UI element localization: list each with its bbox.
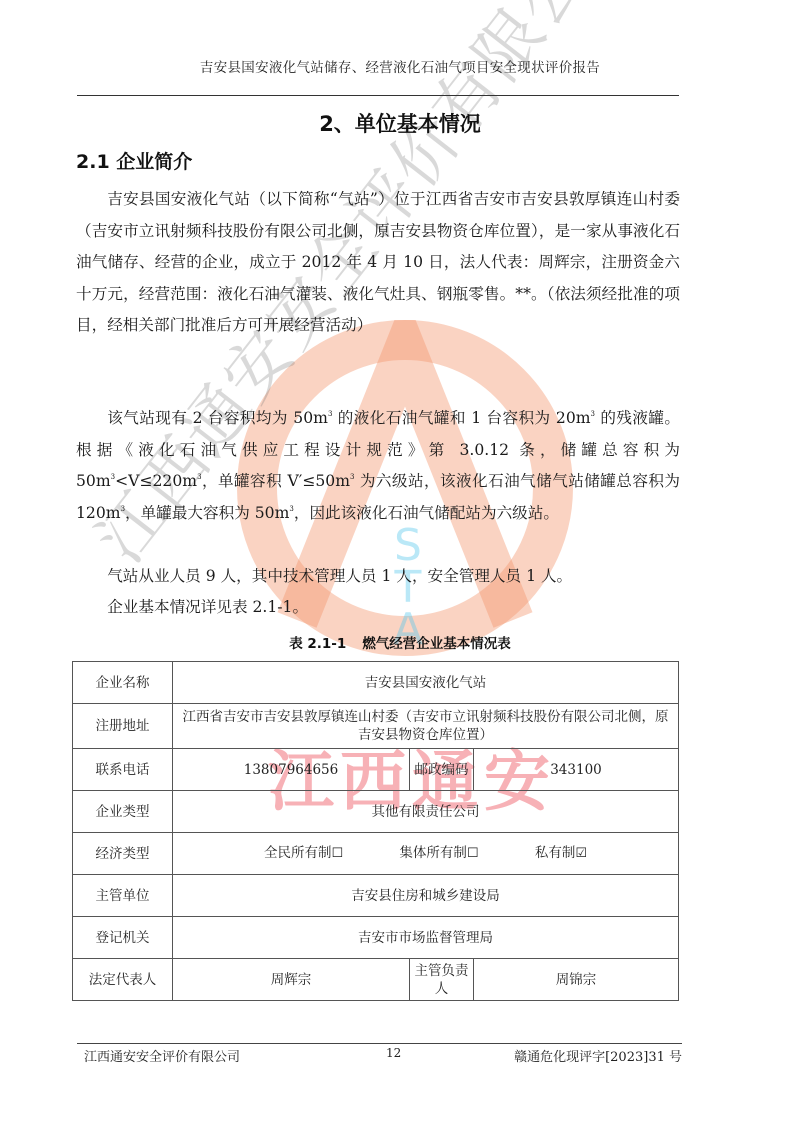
economy-option-collective[interactable]: 集体所有制☐ — [399, 844, 478, 863]
intro-paragraph: 吉安县国安液化气站（以下简称“气站”）位于江西省吉安市吉安县敦厚镇连山村委（吉安… — [76, 184, 680, 342]
postcode-label: 邮政编码 — [410, 749, 474, 791]
type-label: 企业类型 — [73, 791, 173, 833]
registry-label: 登记机关 — [73, 917, 173, 959]
table-row-authority: 主管单位 吉安县住房和城乡建设局 — [73, 875, 679, 917]
table-row-type: 企业类型 其他有限责任公司 — [73, 791, 679, 833]
name-label: 企业名称 — [73, 662, 173, 704]
table-caption-title: 燃气经营企业基本情况表 — [362, 636, 511, 652]
table-row-phone: 联系电话 13807964656 邮政编码 343100 — [73, 749, 679, 791]
authority-label: 主管单位 — [73, 875, 173, 917]
registry-value: 吉安市市场监督管理局 — [173, 917, 679, 959]
phone-label: 联系电话 — [73, 749, 173, 791]
unchecked-box-icon[interactable]: ☐ — [331, 845, 343, 863]
table-caption: 表 2.1-1燃气经营企业基本情况表 — [0, 632, 800, 652]
table-row-representatives: 法定代表人 周辉宗 主管负责人 周锦宗 — [73, 959, 679, 1001]
table-row-name: 企业名称 吉安县国安液化气站 — [73, 662, 679, 704]
unchecked-box-icon[interactable]: ☐ — [467, 845, 479, 863]
document-number: 赣通危化现评字[2023]31 号 — [514, 1046, 682, 1065]
postcode-value: 343100 — [474, 749, 679, 791]
tanks-paragraph: 该气站现有 2 台容积均为 50m3 的液化石油气罐和 1 台容积为 20m3 … — [76, 403, 680, 529]
authority-value: 吉安县住房和城乡建设局 — [173, 875, 679, 917]
address-value: 江西省吉安市吉安县敦厚镇连山村委（吉安市立讯射频科技股份有限公司北侧，原吉安县物… — [173, 704, 679, 749]
economy-options: 全民所有制☐ 集体所有制☐ 私有制☑ — [173, 833, 679, 875]
name-value: 吉安县国安液化气站 — [173, 662, 679, 704]
legal-rep-value: 周辉宗 — [173, 959, 410, 1001]
document-page: STA 江西通安安全评价有限公司 江西通安 吉安县国安液化气站储存、经营液化石油… — [0, 0, 800, 1131]
checked-box-icon[interactable]: ☑ — [575, 845, 587, 863]
address-label: 注册地址 — [73, 704, 173, 749]
footer-divider — [77, 1043, 682, 1044]
intro-text: 吉安县国安液化气站（以下简称“气站”）位于江西省吉安市吉安县敦厚镇连山村委（吉安… — [76, 184, 680, 342]
manager-value: 周锦宗 — [474, 959, 679, 1001]
legal-rep-label: 法定代表人 — [73, 959, 173, 1001]
economy-label: 经济类型 — [73, 833, 173, 875]
economy-option-state-owned[interactable]: 全民所有制☐ — [264, 844, 343, 863]
tanks-text: 该气站现有 2 台容积均为 50m3 的液化石油气罐和 1 台容积为 20m3 … — [76, 403, 680, 529]
chapter-title: 2、单位基本情况 — [0, 108, 800, 138]
staff-paragraph: 气站从业人员 9 人，其中技术管理人员 1 人，安全管理人员 1 人。 — [76, 561, 680, 593]
header-divider — [77, 95, 679, 96]
phone-value: 13807964656 — [173, 749, 410, 791]
footer-company: 江西通安安全评价有限公司 — [84, 1046, 240, 1065]
economy-option-private[interactable]: 私有制☑ — [535, 844, 587, 863]
page-number: 12 — [386, 1046, 401, 1060]
table-caption-number: 表 2.1-1 — [289, 636, 346, 652]
enterprise-info-table: 企业名称 吉安县国安液化气站 注册地址 江西省吉安市吉安县敦厚镇连山村委（吉安市… — [72, 661, 679, 1001]
section-title: 2.1 企业简介 — [76, 147, 192, 174]
table-row-economy: 经济类型 全民所有制☐ 集体所有制☐ 私有制☑ — [73, 833, 679, 875]
manager-label: 主管负责人 — [410, 959, 474, 1001]
table-reference-text: 企业基本情况详见表 2.1-1。 — [76, 592, 680, 624]
type-value: 其他有限责任公司 — [173, 791, 679, 833]
running-header: 吉安县国安液化气站储存、经营液化石油气项目安全现状评价报告 — [0, 56, 800, 76]
table-reference-paragraph: 企业基本情况详见表 2.1-1。 — [76, 592, 680, 624]
staff-text: 气站从业人员 9 人，其中技术管理人员 1 人，安全管理人员 1 人。 — [76, 561, 680, 593]
table-row-address: 注册地址 江西省吉安市吉安县敦厚镇连山村委（吉安市立讯射频科技股份有限公司北侧，… — [73, 704, 679, 749]
table-row-registry: 登记机关 吉安市市场监督管理局 — [73, 917, 679, 959]
